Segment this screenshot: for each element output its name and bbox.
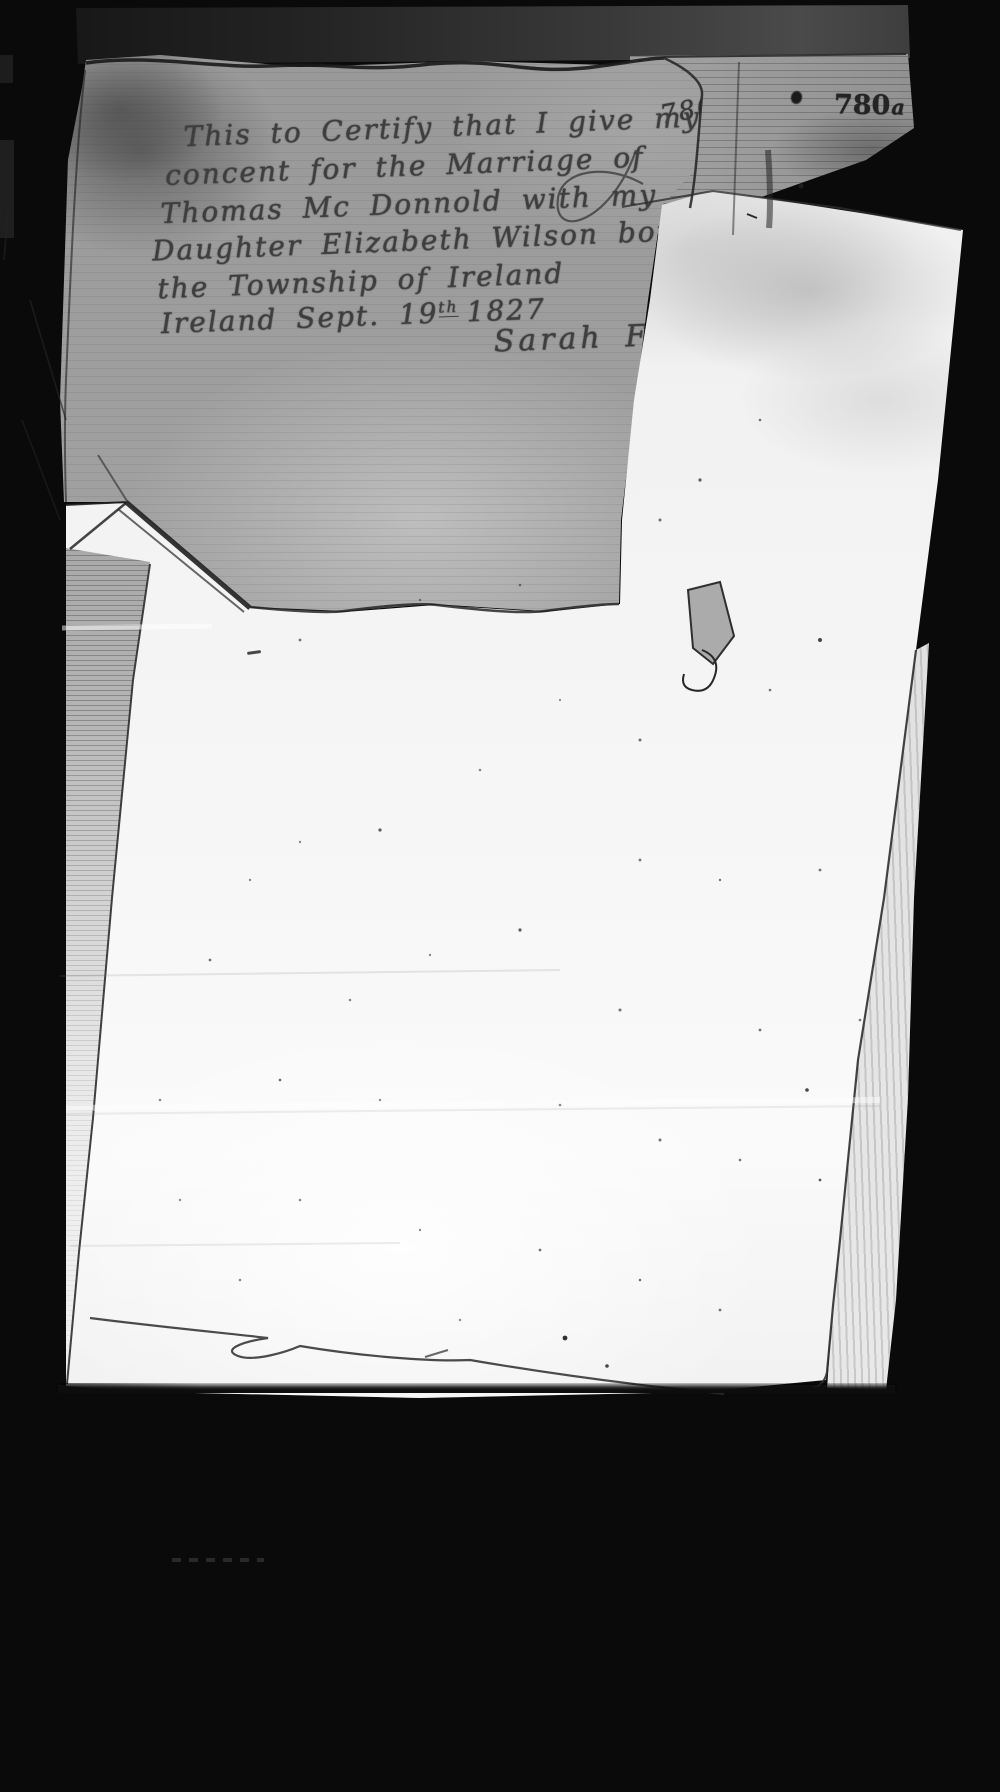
film-artifact-dashes [172,1558,264,1562]
page-fold-lines [60,626,880,1246]
scan-artifacts [0,0,1000,1792]
microfilm-scan: 780a 780 This to Certify that I give my … [0,0,1000,1792]
note-bottom-edge [250,604,619,612]
film-margin-streaks [4,210,66,520]
tear-marks [66,455,250,612]
ledger-scratch-marks [733,62,804,235]
page-speckles [159,419,862,1368]
squiggle-line [90,1318,724,1394]
film-bottom-fade [58,1384,895,1392]
handwriting-flourish [558,150,643,221]
corner-fold-flap [683,582,734,691]
page-edge-lines [67,191,961,1388]
note-top-edge [65,54,906,502]
